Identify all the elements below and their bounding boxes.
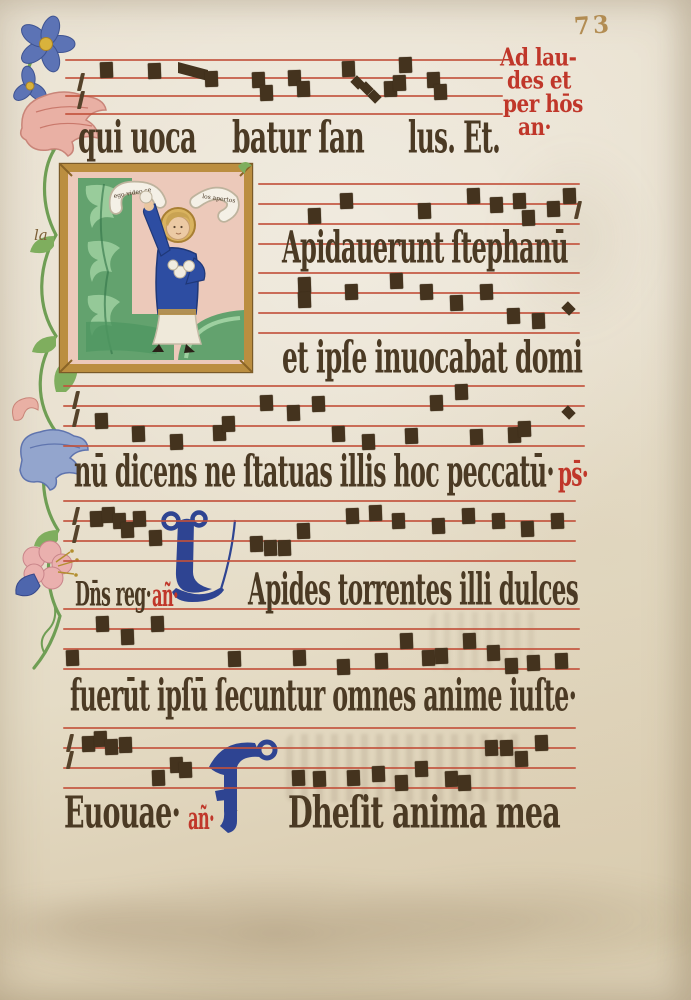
neume: [375, 653, 389, 669]
neume: [342, 61, 356, 77]
vine-leaf: [32, 336, 56, 353]
illuminated-initial-L: ego video ce los apertos: [58, 162, 254, 374]
neume: [507, 308, 521, 324]
stone: [184, 261, 195, 272]
clef-mark: [72, 507, 80, 525]
neume: [149, 530, 163, 546]
neume: [418, 203, 432, 219]
neume: [287, 405, 301, 421]
neume: [119, 737, 133, 753]
chant-text-segment: fuerūt ipſū ſecuntur omnes anime iuſte·: [70, 674, 576, 718]
neume: [400, 633, 414, 649]
neume: [332, 426, 346, 442]
music-staff-5: [63, 500, 576, 562]
neume: [346, 508, 360, 524]
neume: [392, 513, 406, 529]
neume: [432, 518, 446, 534]
neume: [297, 81, 311, 97]
stone: [140, 191, 152, 203]
staff-line: [63, 500, 576, 502]
chant-text-segment: Euouae·: [64, 791, 180, 835]
neume: [487, 645, 501, 661]
music-staff-3: [258, 272, 580, 334]
neume: [445, 771, 459, 787]
neume: [450, 295, 464, 311]
neume: [347, 770, 361, 786]
staff-line: [63, 648, 580, 650]
chant-text-segment: batur ſan: [232, 116, 364, 160]
neume: [561, 405, 575, 419]
marginal-solfege-note: la: [34, 226, 48, 244]
pink-curl-leaf: [13, 398, 39, 421]
neume: [264, 540, 278, 556]
folio-number: 73: [573, 10, 613, 41]
neume: [298, 292, 312, 308]
neume: [222, 416, 236, 432]
neume: [415, 761, 429, 777]
staff-line: [258, 183, 580, 185]
neume: [399, 57, 413, 73]
clef-mark: [77, 91, 85, 109]
neume: [340, 193, 354, 209]
chant-text-segment: et ipſe inuocabat domi: [282, 336, 582, 380]
neume: [133, 511, 147, 527]
neume: [430, 395, 444, 411]
neume: [547, 201, 561, 217]
neume: [298, 277, 312, 293]
neume: [518, 421, 532, 437]
chant-text-segment: añ·: [152, 580, 178, 611]
neume: [345, 284, 359, 300]
chant-text-segment: Apides torrentes illi dulces: [248, 568, 578, 612]
neume: [278, 540, 292, 556]
eye: [173, 226, 175, 228]
neume: [205, 71, 219, 87]
neume: [455, 384, 469, 400]
neume: [372, 766, 386, 782]
clef-mark: [66, 734, 74, 752]
neume: [434, 84, 448, 100]
neume: [390, 273, 404, 289]
chant-text-segment: Apidauerunt ſtephanū: [282, 226, 568, 270]
neume: [132, 426, 146, 442]
stone: [168, 260, 178, 270]
neume: [152, 770, 166, 786]
neume: [105, 739, 119, 755]
neume: [492, 513, 506, 529]
neume: [532, 313, 546, 329]
neume: [100, 62, 114, 78]
music-staff-6: [63, 608, 580, 670]
rubric-annotation: Ad lau- des et per hōs an·: [500, 46, 583, 139]
gold-hem: [158, 309, 196, 315]
clef-mark: [77, 73, 85, 91]
staff-line: [63, 385, 585, 387]
neume: [480, 284, 494, 300]
neume: [121, 629, 135, 645]
eye: [180, 226, 182, 228]
neume: [96, 616, 110, 632]
neume: [405, 428, 419, 444]
neume: [435, 648, 449, 664]
neume: [551, 513, 565, 529]
music-staff-4: [63, 385, 585, 447]
neume: [297, 523, 311, 539]
neume: [521, 521, 535, 537]
neume: [420, 284, 434, 300]
chant-text-segment: ps̄·: [558, 458, 588, 492]
crossbar: [215, 787, 237, 801]
neume: [490, 197, 504, 213]
neume: [462, 508, 476, 524]
neume: [555, 653, 569, 669]
neume: [563, 188, 577, 204]
neume: [485, 740, 499, 756]
neume: [422, 650, 436, 666]
chant-text-segment: lus. Et.: [408, 116, 500, 160]
staff-line: [63, 767, 576, 769]
neume: [463, 633, 477, 649]
staff-line: [63, 628, 580, 630]
neume: [513, 193, 527, 209]
neume: [470, 429, 484, 445]
neume: [369, 505, 383, 521]
parchment-stain-band: [0, 856, 691, 996]
manuscript-page: 73 Ad lau- des et per hōs an· la a ego v…: [0, 0, 691, 1000]
staff-line: [63, 560, 576, 562]
chant-text-segment: nū dicens ne ſtatuas illis hoc peccatū·: [74, 450, 554, 494]
music-staff-7: [63, 727, 576, 789]
neume: [260, 395, 274, 411]
neume: [179, 762, 193, 778]
neume: [228, 651, 242, 667]
neume: [292, 770, 306, 786]
neume: [467, 188, 481, 204]
neume: [393, 75, 407, 91]
neume: [527, 655, 541, 671]
neume: [515, 751, 529, 767]
neume: [95, 413, 109, 429]
chant-text-segment: añ·: [188, 803, 214, 834]
neume: [148, 63, 162, 79]
white-alb-skirt: [153, 310, 201, 344]
neume: [250, 536, 264, 552]
rubric-line: an·: [518, 116, 583, 139]
staff-line: [63, 727, 576, 729]
staff-line: [65, 59, 503, 61]
neume: [260, 85, 274, 101]
neume: [293, 650, 307, 666]
neume: [313, 771, 327, 787]
chant-text-segment: qui uoca: [78, 116, 196, 160]
chant-text-segment: Dheſit anima mea: [288, 791, 560, 835]
neume: [500, 740, 514, 756]
music-staff-1: [65, 59, 503, 115]
neume: [66, 650, 80, 666]
staff-line: [63, 540, 576, 542]
chant-text-segment: Dn̄s reg·: [75, 578, 151, 612]
neume: [312, 396, 326, 412]
neume: [535, 735, 549, 751]
neume: [151, 616, 165, 632]
